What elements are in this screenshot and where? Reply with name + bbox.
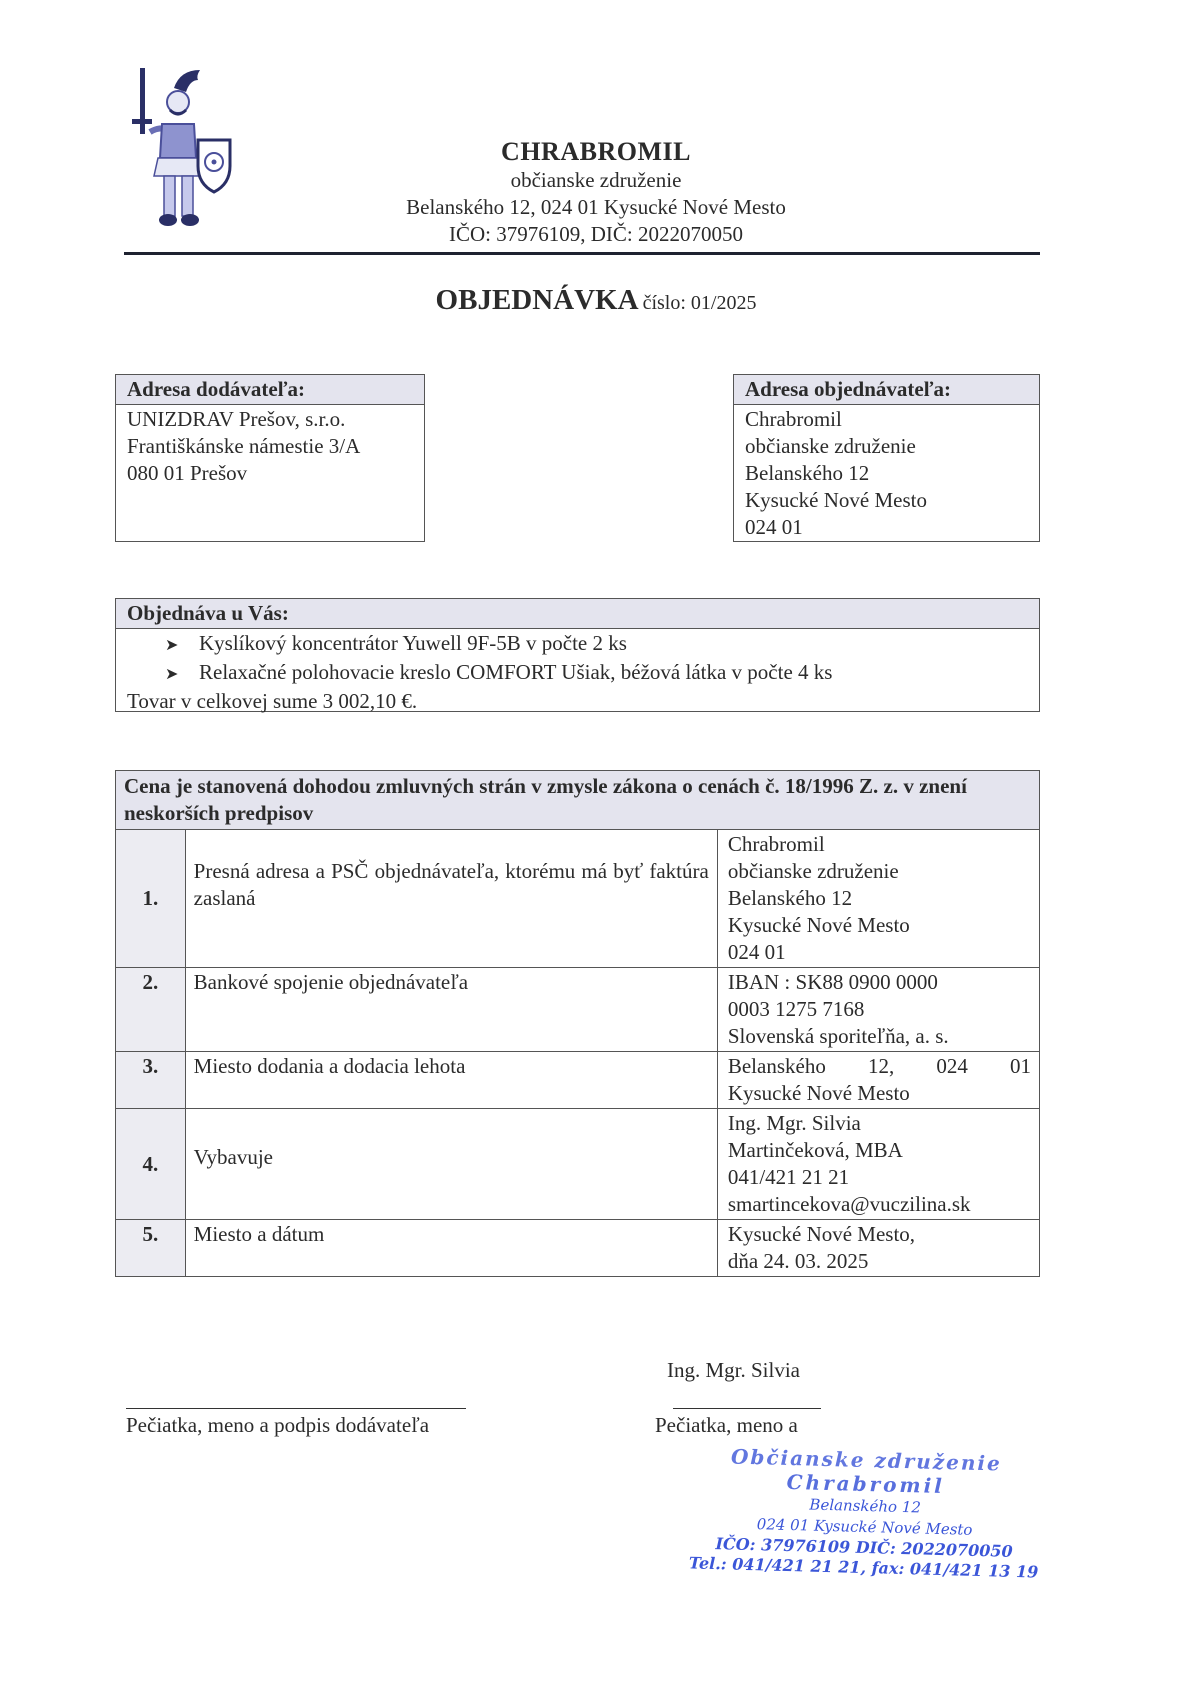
- order-item: ➤Relaxačné polohovacie kreslo COMFORT Uš…: [127, 659, 1028, 688]
- org-type: občianske združenie: [0, 167, 1192, 194]
- table-row: 2. Bankové spojenie objednávateľa IBAN :…: [116, 968, 1040, 1052]
- header-divider: [124, 252, 1040, 255]
- order-number: číslo: 01/2025: [643, 292, 757, 314]
- table-row: 3. Miesto dodania a dodacia lehota Belan…: [116, 1052, 1040, 1109]
- order-items-box: Objednáva u Vás: ➤Kyslíkový koncentrátor…: [115, 598, 1040, 712]
- row-label: Miesto dodania a dodacia lehota: [185, 1052, 717, 1109]
- row-label: Presná adresa a PSČ objednávateľa, ktoré…: [185, 830, 717, 968]
- row-value: Kysucké Nové Mesto, dňa 24. 03. 2025: [717, 1220, 1039, 1277]
- row-label: Vybavuje: [185, 1109, 717, 1220]
- table-row: 5. Miesto a dátum Kysucké Nové Mesto, dň…: [116, 1220, 1040, 1277]
- title-label: OBJEDNÁVKA: [436, 284, 639, 316]
- arrow-bullet-icon: ➤: [165, 661, 199, 688]
- row-number: 1.: [116, 830, 186, 968]
- customer-line: 024 01: [745, 514, 1028, 541]
- org-name: CHRABROMIL: [0, 137, 1192, 167]
- customer-line: občianske združenie: [745, 433, 1028, 460]
- supplier-signature-caption: Pečiatka, meno a podpis dodávateľa: [126, 1413, 429, 1438]
- order-item-text: Relaxačné polohovacie kreslo COMFORT Uši…: [199, 660, 832, 684]
- order-total: Tovar v celkovej sume 3 002,10 €.: [127, 688, 1028, 715]
- supplier-line: Františkánske námestie 3/A: [127, 433, 413, 460]
- terms-heading: Cena je stanovená dohodou zmluvných strá…: [116, 771, 1040, 830]
- row-label: Bankové spojenie objednávateľa: [185, 968, 717, 1052]
- supplier-line: UNIZDRAV Prešov, s.r.o.: [127, 406, 413, 433]
- customer-heading: Adresa objednávateľa:: [734, 375, 1039, 405]
- row-number: 5.: [116, 1220, 186, 1277]
- table-row: 4. Vybavuje Ing. Mgr. Silvia Martinčekov…: [116, 1109, 1040, 1220]
- order-item: ➤Kyslíkový koncentrátor Yuwell 9F-5B v p…: [127, 630, 1028, 659]
- supplier-heading: Adresa dodávateľa:: [116, 375, 424, 405]
- org-address: Belanského 12, 024 01 Kysucké Nové Mesto: [0, 194, 1192, 221]
- order-heading: Objednáva u Vás:: [116, 599, 1039, 629]
- table-row: 1. Presná adresa a PSČ objednávateľa, kt…: [116, 830, 1040, 968]
- row-number: 4.: [116, 1109, 186, 1220]
- customer-signature-caption: Pečiatka, meno a: [655, 1413, 798, 1438]
- organization-header: CHRABROMIL občianske združenie Belanskéh…: [0, 137, 1192, 248]
- organization-stamp: Občianske združenie Chrabromil Belanskéh…: [688, 1443, 1041, 1582]
- row-value: Chrabromil občianske združenie Belanskéh…: [717, 830, 1039, 968]
- terms-table: Cena je stanovená dohodou zmluvných strá…: [115, 770, 1040, 1277]
- order-item-text: Kyslíkový koncentrátor Yuwell 9F-5B v po…: [199, 631, 627, 655]
- supplier-signature-line: [126, 1408, 466, 1409]
- row-number: 3.: [116, 1052, 186, 1109]
- supplier-address-box: Adresa dodávateľa: UNIZDRAV Prešov, s.r.…: [115, 374, 425, 542]
- org-ids: IČO: 37976109, DIČ: 2022070050: [0, 221, 1192, 248]
- customer-signature-line: [673, 1408, 821, 1409]
- customer-line: Belanského 12: [745, 460, 1028, 487]
- customer-line: Chrabromil: [745, 406, 1028, 433]
- document-title: OBJEDNÁVKA číslo: 01/2025: [0, 284, 1192, 317]
- supplier-line: 080 01 Prešov: [127, 460, 413, 487]
- row-value: Ing. Mgr. Silvia Martinčeková, MBA 041/4…: [717, 1109, 1039, 1220]
- customer-line: Kysucké Nové Mesto: [745, 487, 1028, 514]
- row-value: Belanského 12, 024 01 Kysucké Nové Mesto: [717, 1052, 1039, 1109]
- customer-signatory-name: Ing. Mgr. Silvia: [667, 1358, 800, 1383]
- arrow-bullet-icon: ➤: [165, 632, 199, 659]
- row-label: Miesto a dátum: [185, 1220, 717, 1277]
- customer-address-box: Adresa objednávateľa: Chrabromil občians…: [733, 374, 1040, 542]
- row-value: IBAN : SK88 0900 0000 0003 1275 7168 Slo…: [717, 968, 1039, 1052]
- row-number: 2.: [116, 968, 186, 1052]
